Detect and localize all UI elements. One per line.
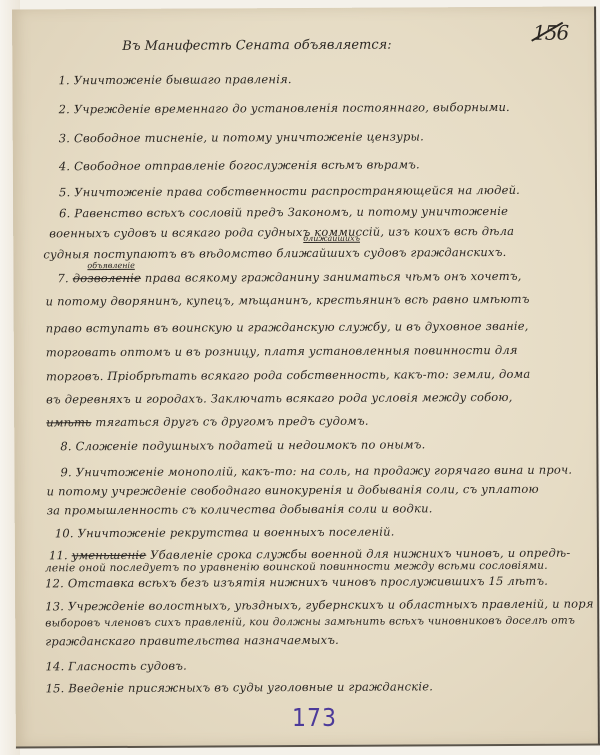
item-7-cont-6: имѣть тягаться другъ съ другомъ предъ су… — [46, 413, 586, 430]
item-7-cont-4: торговъ. Пріобрѣтать всякаго рода собств… — [46, 367, 586, 384]
struck-word: дозволеніе — [73, 271, 141, 285]
item-13-cont-2: гражданскаго правительства назначаемыхъ. — [45, 631, 593, 648]
item-9-cont-1: и потому учрежденіе свободнаго винокурен… — [47, 482, 592, 499]
item-7-cont-3: торговать оптомъ и въ розницу, платя уст… — [46, 343, 586, 360]
folio-number: 156 — [533, 21, 568, 45]
item-3: 3. Свободное тисненіе, и потому уничтоже… — [59, 129, 579, 146]
item-6: 6. Равенство всѣхъ сословій предъ Законо… — [59, 204, 589, 221]
page-title: Въ Манифестѣ Сената объявляется: — [122, 38, 391, 54]
manuscript-page: 156 Въ Манифестѣ Сената объявляется: 1. … — [12, 6, 600, 748]
item-13-cont-1: выборовъ членовъ сихъ правленій, кои дол… — [45, 614, 593, 629]
item-9: 9. Уничтоженіе монополій, какъ-то: на со… — [60, 462, 595, 479]
item-7: 7. дозволеніе права всякому гражданину з… — [57, 269, 587, 286]
item-9-cont-2: за промышленность съ количества добывані… — [47, 501, 592, 518]
archive-stamp: 173 — [292, 704, 337, 733]
item-15: 15. Введеніе присяжныхъ въ суды уголовны… — [46, 679, 566, 696]
item-6-insertion: ближайшихъ — [303, 234, 360, 243]
item-6-cont-2: судныя поступаютъ въ вѣдомство ближайших… — [43, 245, 583, 262]
item-10: 10. Уничтоженіе рекрутства и военныхъ по… — [55, 524, 575, 541]
item-7-insertion: объявленіе — [87, 261, 134, 270]
item-1: 1. Уничтоженіе бывшаго правленія. — [58, 71, 578, 88]
item-5: 5. Уничтоженіе права собственности распр… — [59, 183, 589, 200]
item-14: 14. Гласность судовъ. — [45, 657, 565, 674]
item-8: 8. Сложеніе подушныхъ податей и недоимок… — [60, 437, 580, 454]
item-12: 12. Отставка всѣхъ безъ изъятія нижнихъ … — [45, 574, 590, 591]
item-13: 13. Учрежденіе волостныхъ, уѣздныхъ, губ… — [45, 596, 593, 613]
item-7-cont-5: въ деревняхъ и городахъ. Заключать всяка… — [46, 390, 586, 407]
item-11-cont-1: леніе оной последуетъ по уравненію воинс… — [45, 560, 593, 575]
item-4: 4. Свободное отправленіе богослуженія вс… — [59, 157, 579, 174]
item-2: 2. Учрежденіе временнаго до установленія… — [59, 100, 589, 117]
item-7-cont-2: право вступать въ воинскую и гражданскую… — [46, 319, 586, 336]
item-7-cont-1: и потому дворянинъ, купецъ, мѣщанинъ, кр… — [46, 292, 586, 309]
